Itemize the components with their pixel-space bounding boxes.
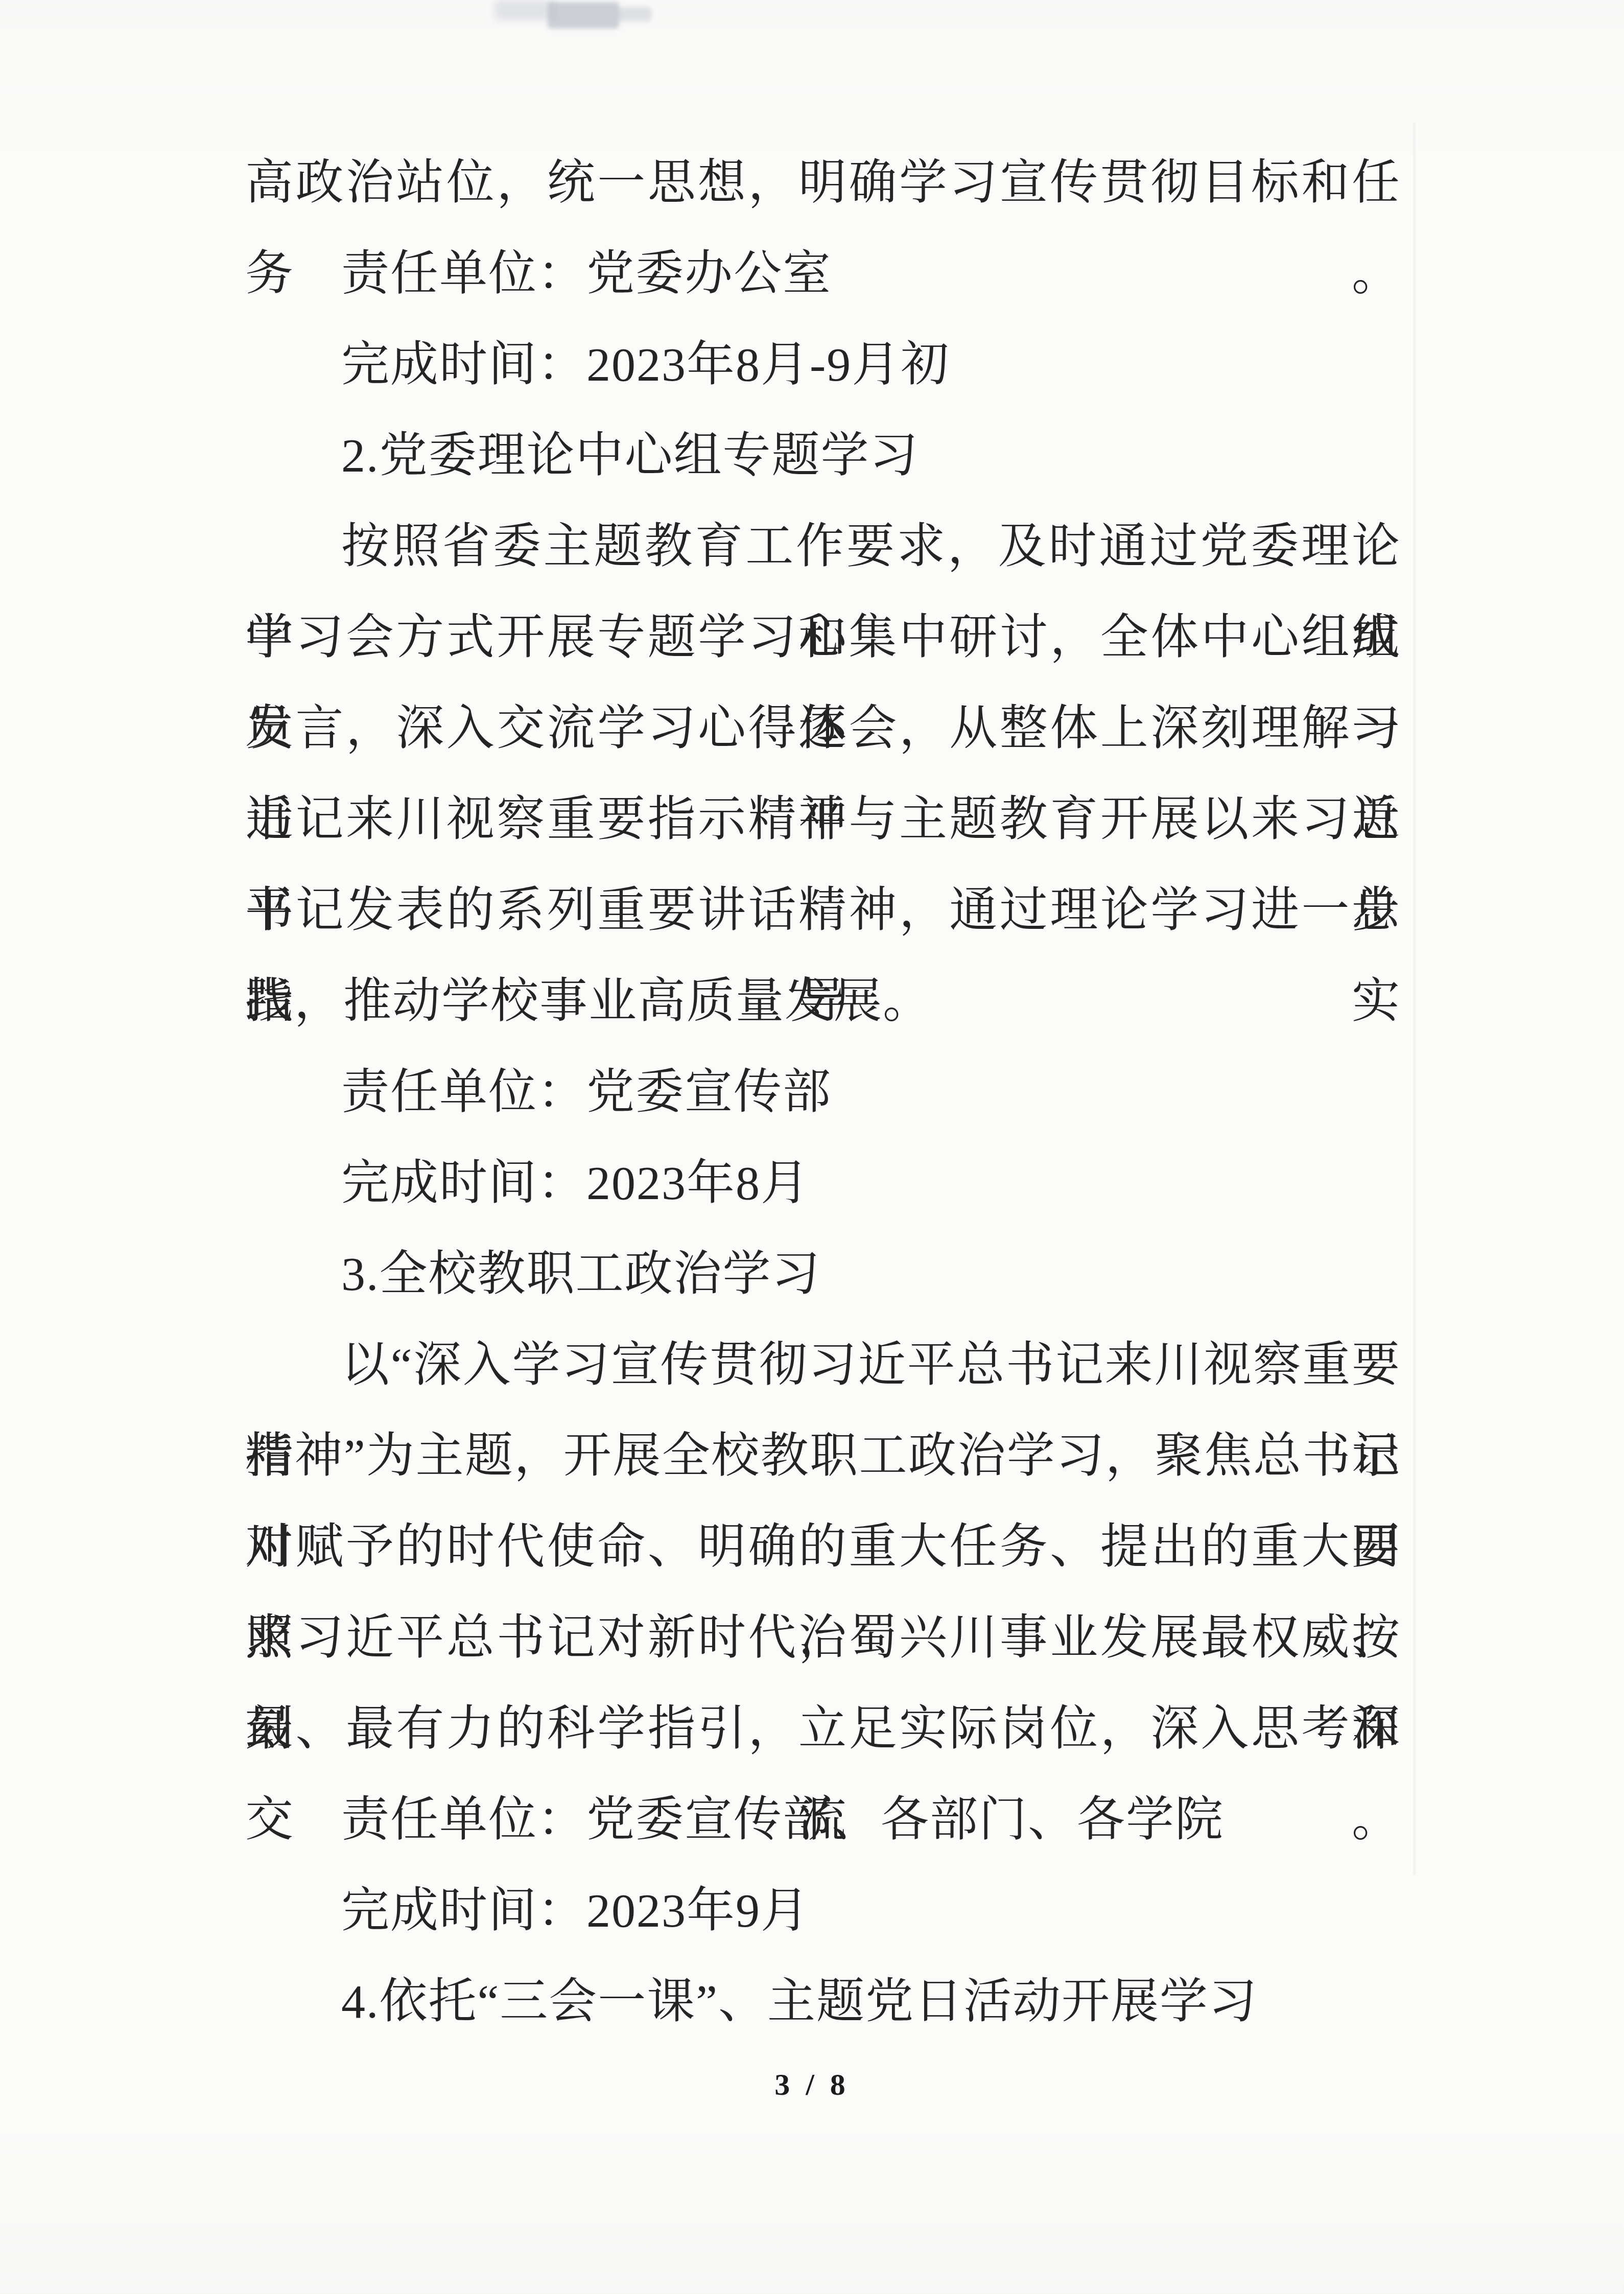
paragraph-line: 发言，深入交流学习心得体会，从整体上深刻理解习近平总 bbox=[245, 683, 1401, 774]
section-heading-3: 3.全校教职工政治学习 bbox=[245, 1229, 1401, 1320]
paragraph-line: 学习会方式开展专题学习和集中研讨，全体中心组成员逐一 bbox=[245, 592, 1401, 683]
paragraph-line: 以“深入学习宣传贯彻习近平总书记来川视察重要指示 bbox=[245, 1320, 1401, 1411]
scan-streak bbox=[1413, 123, 1416, 1875]
paragraph-line: 川赋予的时代使命、明确的重大任务、提出的重大要求，按 bbox=[245, 1502, 1401, 1593]
paragraph-line: 书记发表的系列重要讲话精神，通过理论学习进一步指导实 bbox=[245, 865, 1401, 956]
document-page: 高政治站位，统一思想，明确学习宣传贯彻目标和任务。 责任单位：党委办公室 完成时… bbox=[0, 0, 1624, 2294]
paragraph-line: 刻、最有力的科学指引，立足实际岗位，深入思考和交流。 bbox=[245, 1683, 1401, 1774]
scan-smudge bbox=[616, 7, 651, 21]
paragraph-continuation-line: 高政治站位，统一思想，明确学习宣传贯彻目标和任务。 bbox=[245, 137, 1401, 228]
scan-smudge bbox=[495, 0, 556, 20]
paragraph-line: 照习近平总书记对新时代治蜀兴川事业发展最权威、最深 bbox=[245, 1593, 1401, 1683]
page-number: 3 / 8 bbox=[0, 2058, 1624, 2111]
paragraph-line: 按照省委主题教育工作要求，及时通过党委理论中心组 bbox=[245, 501, 1401, 592]
paragraph-line: 精神”为主题，开展全校教职工政治学习，聚焦总书记对四 bbox=[245, 1411, 1401, 1502]
section-heading-2: 2.党委理论中心组专题学习 bbox=[245, 410, 1401, 501]
document-body: 高政治站位，统一思想，明确学习宣传贯彻目标和任务。 责任单位：党委办公室 完成时… bbox=[245, 137, 1401, 2047]
section-heading-4: 4.依托“三会一课”、主题党日活动开展学习 bbox=[245, 1956, 1401, 2047]
paragraph-line: 书记来川视察重要指示精神与主题教育开展以来习近平总 bbox=[245, 774, 1401, 865]
completion-time-line: 完成时间：2023年9月 bbox=[245, 1865, 1401, 1956]
responsible-unit-line: 责任单位：党委宣传部 bbox=[245, 1047, 1401, 1138]
completion-time-line: 完成时间：2023年8月 bbox=[245, 1138, 1401, 1229]
scan-smudge bbox=[548, 2, 619, 29]
completion-time-line: 完成时间：2023年8月-9月初 bbox=[245, 319, 1401, 410]
